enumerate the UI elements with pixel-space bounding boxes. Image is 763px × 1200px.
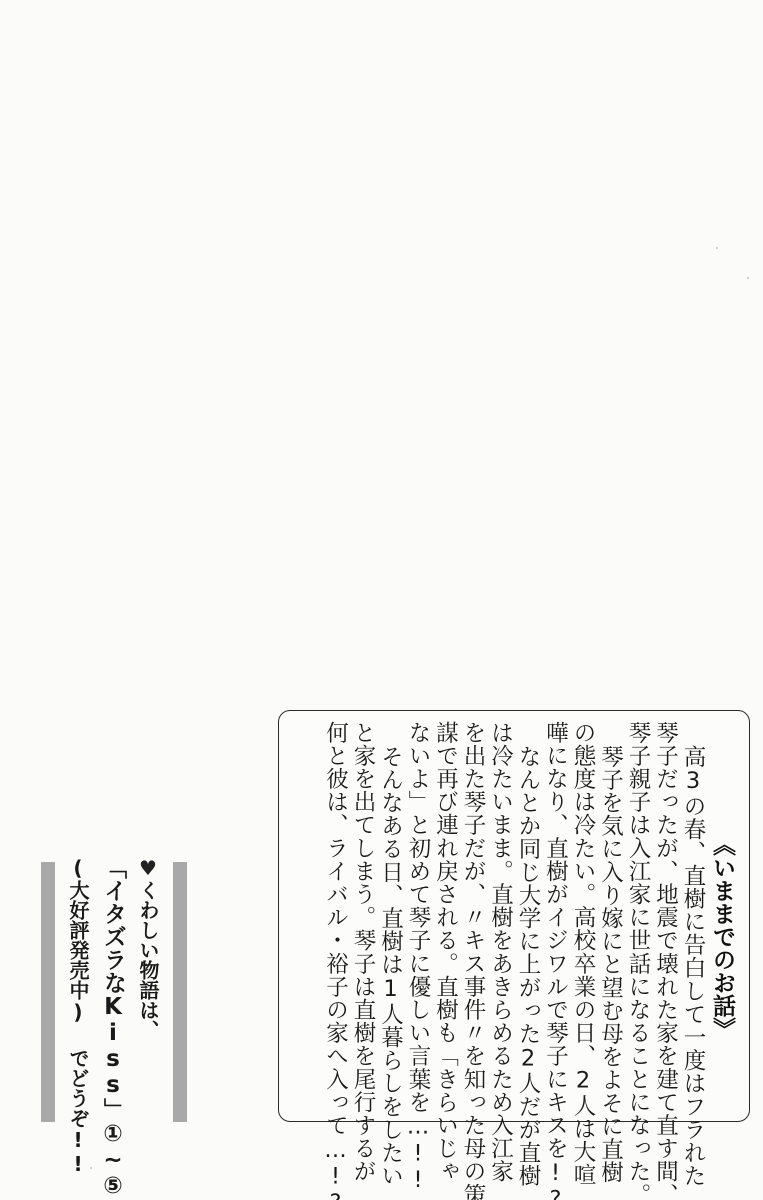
- ad-line-availability: (大好評発売中) でどうぞ!!: [60, 856, 95, 1199]
- summary-line: と家を出てしまう。琴子は直樹を尾行するが: [349, 721, 377, 1113]
- summary-line: を出た琴子だが、〃キス事件〃を知った母の策: [459, 721, 487, 1113]
- story-summary-box: 《いままでのお話》 高3の春、直樹に告白して一度はフラれた 琴子だったが、地震で…: [278, 710, 750, 1122]
- paper-speck: [747, 277, 749, 279]
- summary-line: は冷たいまま。直樹をあきらめるため入江家: [486, 721, 514, 1113]
- series-ad-panel: ♥くわしい物語は、 「イタズラなKiss」①~⑤ (大好評発売中) でどうぞ!!: [41, 862, 187, 1122]
- summary-line: 謀で再び連れ戻される。直樹も「きらいじゃ: [431, 721, 459, 1113]
- ad-line-intro-text: くわしい物語は、: [136, 880, 160, 1040]
- summary-line: の態度は冷たい。高校卒業の日、2人は大喧: [569, 721, 597, 1113]
- summary-line: 高3の春、直樹に告白して一度はフラれた: [679, 721, 707, 1113]
- summary-line: なんとか同じ大学に上がった2人だが直樹: [514, 721, 542, 1113]
- summary-body: 高3の春、直樹に告白して一度はフラれた 琴子だったが、地震で壊れた家を建て直す間…: [321, 721, 706, 1113]
- ad-line-intro: ♥くわしい物語は、: [130, 856, 165, 1199]
- summary-title: 《いままでのお話》: [708, 721, 735, 1113]
- summary-line: 嘩になり、直樹がイジワルで琴子にキスを!?: [541, 721, 569, 1113]
- summary-line: 琴子を気に入り嫁にと望む母をよそに直樹: [596, 721, 624, 1113]
- summary-line: そんなある日、直樹は1人暮らしをしたい: [376, 721, 404, 1113]
- story-summary-content: 《いままでのお話》 高3の春、直樹に告白して一度はフラれた 琴子だったが、地震で…: [321, 721, 735, 1113]
- summary-line: 何と彼は、ライバル・裕子の家へ入って…!?: [321, 721, 349, 1113]
- ad-text: ♥くわしい物語は、 「イタズラなKiss」①~⑤ (大好評発売中) でどうぞ!!: [60, 856, 165, 1199]
- summary-line: 琴子親子は入江家に世話になることになった。: [624, 721, 652, 1113]
- ad-bar-right: [173, 862, 187, 1122]
- summary-title-text: 《いままでのお話》: [709, 833, 735, 1040]
- ad-bar-left: [41, 862, 55, 1122]
- heart-icon: ♥: [136, 856, 160, 880]
- summary-line: ないよ」と初めて琴子に優しい言葉を…!!: [404, 721, 432, 1113]
- paper-speck: [716, 247, 718, 249]
- ad-line-series-title: 「イタズラなKiss」①~⑤: [95, 856, 130, 1199]
- summary-line: 琴子だったが、地震で壊れた家を建て直す間、: [651, 721, 679, 1113]
